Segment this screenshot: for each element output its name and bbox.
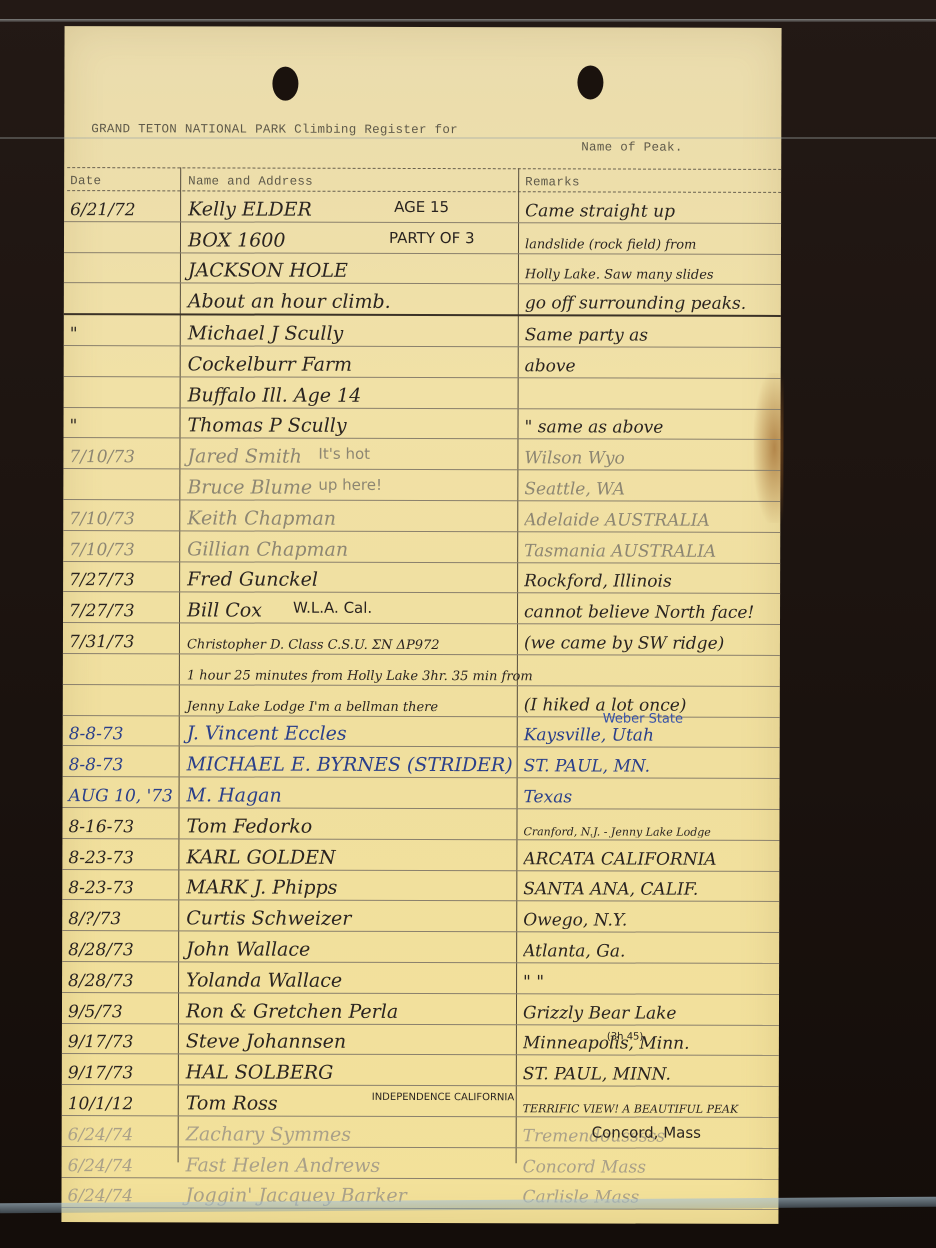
entry-name-address: HAL SOLBERG <box>186 1063 514 1083</box>
entry-name-address: M. Hagan <box>187 786 515 806</box>
entry-remarks: Kaysville, Utah <box>524 728 778 746</box>
entry-remarks: go off surrounding peaks. <box>525 295 779 313</box>
entry-remarks: Tasmania AUSTRALIA <box>524 543 778 561</box>
entry-name-address: John Wallace <box>186 940 514 960</box>
register-title: GRAND TETON NATIONAL PARK Climbing Regis… <box>91 122 458 137</box>
entry-side-note: AGE 15 <box>394 198 449 216</box>
column-header-remarks: Remarks <box>525 175 580 189</box>
table-row: AUG 10, '73M. HaganTexas <box>63 777 780 810</box>
entry-side-note: up here! <box>318 476 382 494</box>
table-row: 6/24/74Zachary SymmesTremendousssssConco… <box>62 1116 779 1149</box>
entry-name-address: Gillian Chapman <box>187 540 515 560</box>
entry-date: 7/27/73 <box>69 603 177 620</box>
entry-date: 10/1/12 <box>68 1096 176 1113</box>
entry-side-note: PARTY OF 3 <box>389 229 475 247</box>
entry-remarks: Grizzly Bear Lake <box>523 1005 777 1023</box>
table-row: 7/10/73Keith ChapmanAdelaide AUSTRALIA <box>63 500 780 533</box>
entry-date: 8-23-73 <box>68 880 176 897</box>
entry-name-address: Kelly ELDER <box>188 200 516 220</box>
entry-remarks: ARCATA CALIFORNIA <box>523 851 777 869</box>
entry-remarks: Rockford, Illinois <box>524 574 778 592</box>
entry-name-address: MICHAEL E. BYRNES (STRIDER) <box>187 756 515 776</box>
entry-side-note: Concord, Mass <box>592 1123 701 1141</box>
entry-name-address: Curtis Schweizer <box>186 910 514 930</box>
entry-date: 6/24/74 <box>68 1158 176 1175</box>
entry-remarks: Minneapolis, Minn. <box>523 1036 777 1054</box>
entry-date: 8/?/73 <box>68 911 176 928</box>
entry-date: 9/17/73 <box>68 1065 176 1082</box>
punch-hole <box>272 67 298 101</box>
entry-date: 7/27/73 <box>69 572 177 589</box>
table-row: 9/5/73Ron & Gretchen PerlaGrizzly Bear L… <box>62 993 779 1026</box>
entry-name-address: Buffalo Ill. Age 14 <box>188 386 516 406</box>
entry-name-address: Zachary Symmes <box>186 1125 514 1145</box>
entry-date: 8/28/73 <box>68 942 176 959</box>
entry-remarks: Same party as <box>525 327 779 345</box>
table-row: Bruce BlumeSeattle, WAup here! <box>63 469 780 502</box>
entry-date: " <box>70 326 178 343</box>
register-entries: 6/21/72Kelly ELDERCame straight upAGE 15… <box>61 191 781 1210</box>
entry-remarks: TERRIFIC VIEW! A BEAUTIFUL PEAK <box>523 1103 777 1115</box>
table-row: 6/21/72Kelly ELDERCame straight upAGE 15 <box>64 191 781 224</box>
table-row: 8/?/73Curtis SchweizerOwego, N.Y. <box>62 900 779 933</box>
entry-name-address: Cockelburr Farm <box>188 355 516 375</box>
entry-remarks: (we came by SW ridge) <box>524 635 778 653</box>
table-row: 9/17/73Steve JohannsenMinneapolis, Minn.… <box>62 1024 779 1057</box>
entry-side-note: It's hot <box>318 445 370 463</box>
entry-remarks: Adelaide AUSTRALIA <box>524 512 778 530</box>
entry-date: 6/24/74 <box>68 1127 176 1144</box>
entry-remarks: SANTA ANA, CALIF. <box>523 882 777 900</box>
entry-remarks: ST. PAUL, MN. <box>524 758 778 776</box>
entry-remarks: Wilson Wyo <box>524 450 778 468</box>
table-row: 8-16-73Tom FedorkoCranford, N.J. - Jenny… <box>62 808 779 841</box>
entry-name-address: Ron & Gretchen Perla <box>186 1002 514 1022</box>
entry-remarks: Atlanta, Ga. <box>523 943 777 961</box>
entry-name-address: Jenny Lake Lodge I'm a bellman there <box>187 700 515 714</box>
entry-date: 6/21/72 <box>70 202 178 219</box>
entry-remarks: " " <box>523 974 777 992</box>
column-header-name: Name and Address <box>188 174 313 188</box>
entry-date: 7/10/73 <box>69 542 177 559</box>
entry-side-note: Weber State <box>603 711 683 726</box>
glass-reflection <box>0 137 936 139</box>
table-row: 7/27/73Bill Coxcannot believe North face… <box>63 592 780 625</box>
entry-name-address: J. Vincent Eccles <box>187 725 515 745</box>
entry-remarks: " same as above <box>524 420 778 438</box>
entry-date: AUG 10, '73 <box>69 788 177 805</box>
entry-remarks <box>525 406 779 407</box>
entry-name-address: Fast Helen Andrews <box>186 1156 514 1176</box>
table-row: 8-23-73MARK J. PhippsSANTA ANA, CALIF. <box>62 870 779 903</box>
entry-name-address: Steve Johannsen <box>186 1033 514 1053</box>
table-row: 8-8-73MICHAEL E. BYRNES (STRIDER)ST. PAU… <box>63 746 780 779</box>
entry-name-address: JACKSON HOLE <box>188 262 516 282</box>
table-row: "Thomas P Scully" same as above <box>63 408 780 441</box>
entry-date: " <box>69 418 177 435</box>
entry-remarks: ST. PAUL, MINN. <box>523 1066 777 1084</box>
entry-remarks: Cranford, N.J. - Jenny Lake Lodge <box>523 826 777 838</box>
table-row: 10/1/12Tom RossTERRIFIC VIEW! A BEAUTIFU… <box>62 1085 779 1118</box>
entry-date: 9/5/73 <box>68 1004 176 1021</box>
table-row: 8-23-73KARL GOLDENARCATA CALIFORNIA <box>62 839 779 872</box>
climbing-register-sheet: GRAND TETON NATIONAL PARK Climbing Regis… <box>61 26 781 1224</box>
punch-hole <box>577 65 603 99</box>
entry-side-note: INDEPENDENCE CALIFORNIA <box>372 1092 514 1103</box>
table-row: Cockelburr Farmabove <box>64 346 781 379</box>
entry-remarks: above <box>525 358 779 376</box>
header-rule <box>67 167 781 170</box>
table-row: 8-8-73J. Vincent EcclesKaysville, UtahWe… <box>63 716 780 749</box>
table-row: 9/17/73HAL SOLBERGST. PAUL, MINN. <box>62 1054 779 1087</box>
entry-remarks: Seattle, WA <box>524 481 778 499</box>
entry-remarks: Concord Mass <box>523 1159 777 1177</box>
entry-date: 8/28/73 <box>68 973 176 990</box>
entry-name-address: Keith Chapman <box>187 509 515 529</box>
table-row: 7/31/73Christopher D. Class C.S.U. ΣN ΔP… <box>63 623 780 656</box>
entry-remarks: landslide (rock field) from <box>525 238 779 252</box>
column-header-date: Date <box>70 174 101 188</box>
entry-name-address: Yolanda Wallace <box>186 971 514 991</box>
table-row: About an hour climb.go off surrounding p… <box>64 283 781 317</box>
entry-side-note: W.L.A. Cal. <box>293 599 372 617</box>
entry-date: 8-8-73 <box>69 726 177 743</box>
table-row: 7/10/73Jared SmithWilson WyoIt's hot <box>63 438 780 471</box>
entry-name-address: 1 hour 25 minutes from Holly Lake 3hr. 3… <box>187 669 515 683</box>
table-row: BOX 1600landslide (rock field) fromPARTY… <box>64 222 781 255</box>
peak-name-label: Name of Peak. <box>581 140 682 154</box>
table-row: 7/27/73Fred GunckelRockford, Illinois <box>63 562 780 595</box>
entry-name-address: Tom Fedorko <box>186 817 514 837</box>
entry-remarks: Holly Lake. Saw many slides <box>525 269 779 283</box>
entry-date: 9/17/73 <box>68 1034 176 1051</box>
table-row: 6/24/74Fast Helen AndrewsConcord Mass <box>62 1147 779 1180</box>
entry-remarks <box>524 683 778 684</box>
entry-name-address: KARL GOLDEN <box>186 848 514 868</box>
entry-side-note: (3h 45) <box>607 1031 643 1042</box>
table-row: "Michael J ScullySame party as <box>64 315 781 348</box>
entry-date: 8-16-73 <box>68 819 176 836</box>
entry-name-address: About an hour climb. <box>188 293 516 313</box>
table-row: 8/28/73Yolanda Wallace" " <box>62 962 779 995</box>
entry-date: 8-23-73 <box>68 850 176 867</box>
entry-date: 8-8-73 <box>69 757 177 774</box>
entry-remarks: Came straight up <box>525 203 779 221</box>
entry-name-address: Fred Gunckel <box>187 571 515 591</box>
table-row: 7/10/73Gillian ChapmanTasmania AUSTRALIA <box>63 531 780 564</box>
glass-edge <box>0 19 936 22</box>
table-row: Buffalo Ill. Age 14 <box>64 377 781 410</box>
entry-name-address: MARK J. Phipps <box>186 879 514 899</box>
entry-remarks: cannot believe North face! <box>524 604 778 622</box>
entry-remarks: Owego, N.Y. <box>523 912 777 930</box>
entry-date: 7/31/73 <box>69 634 177 651</box>
table-row: JACKSON HOLEHolly Lake. Saw many slides <box>64 253 781 286</box>
entry-date: 7/10/73 <box>69 511 177 528</box>
entry-name-address: Christopher D. Class C.S.U. ΣN ΔP972 <box>187 638 515 652</box>
entry-remarks: Texas <box>524 789 778 807</box>
table-row: 8/28/73John WallaceAtlanta, Ga. <box>62 931 779 964</box>
entry-name-address: Michael J Scully <box>188 324 516 344</box>
table-row: 1 hour 25 minutes from Holly Lake 3hr. 3… <box>63 654 780 687</box>
entry-date: 7/10/73 <box>69 449 177 466</box>
entry-name-address: Thomas P Scully <box>187 417 515 437</box>
